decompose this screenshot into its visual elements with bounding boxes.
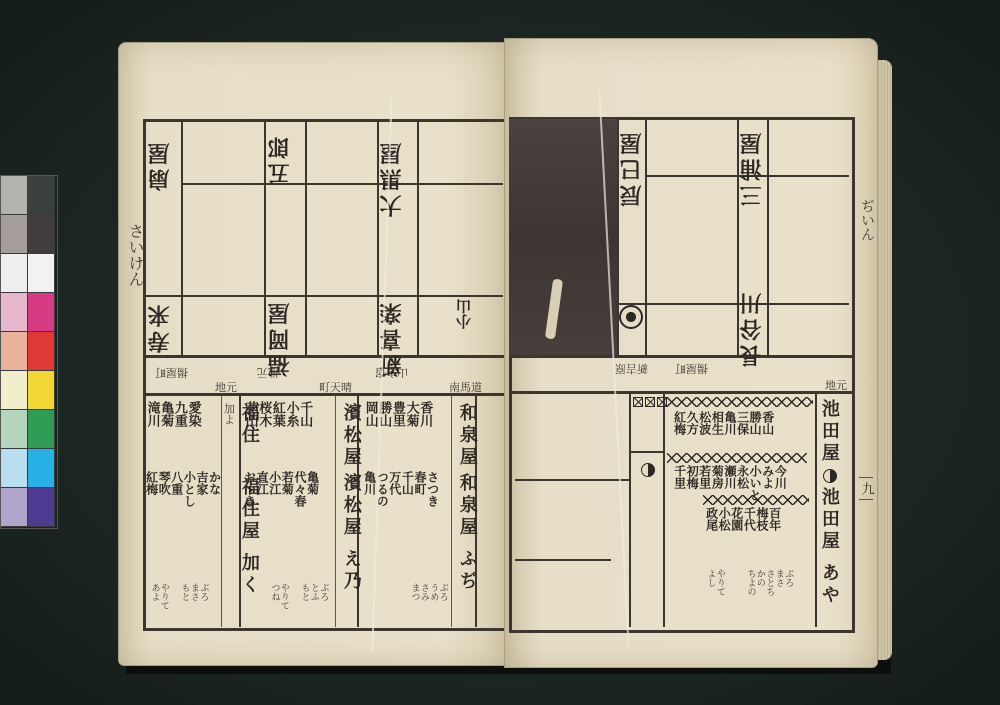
house-name-inverted: 寿来	[149, 301, 172, 353]
page-edges	[876, 60, 892, 660]
left-page: さいけん 扇屋 寿来 五郎 福岡屋 大黒屋 新喜楽 小山 揚屋町 地元 山之宿 …	[118, 42, 508, 666]
house-name-inverted: 五郎	[269, 133, 292, 185]
section-divider	[509, 355, 853, 358]
column-rule	[221, 395, 222, 627]
crest-prefix: 加よ	[223, 403, 235, 425]
house-name-inverted: 辰巳屋	[621, 129, 644, 207]
staff-note: ぶろ うめ さみ まつ	[409, 583, 447, 601]
column-rule	[663, 393, 665, 627]
color-swatch	[28, 332, 55, 371]
staff-note: ぶろ まさ もと	[179, 583, 207, 601]
mark-icon	[645, 397, 655, 407]
color-swatch	[1, 488, 28, 527]
print-frame	[143, 119, 509, 631]
staff-note: ぶろ とふ もと	[299, 583, 327, 601]
color-swatch	[28, 293, 55, 332]
staff-note: やりて つね	[269, 583, 288, 610]
street-label-inverted: 地元	[257, 365, 279, 381]
mark-icon	[633, 397, 643, 407]
house-name-inverted: 三浦屋	[741, 129, 764, 207]
section-divider	[509, 391, 853, 394]
house-name-inverted: 長谷川	[741, 289, 764, 367]
margin-note-right: ぢいん	[857, 199, 877, 241]
color-swatch	[1, 176, 28, 215]
right-page: 辰巳屋 三浦屋 長谷川 新吉原 揚屋町 地元 ぢいん 九 香山 勝山 三保 亀川…	[504, 38, 878, 668]
row-rule	[629, 451, 665, 453]
family-crest-icon	[619, 305, 643, 329]
geisha-names-row3: 百年 梅枝 千代 花園 小松 政尾	[705, 507, 781, 531]
staff-note: やりて よし	[705, 569, 724, 596]
geisha-names-row1: 香山 勝山 三保 亀川 相生 松波 久方 紅梅	[673, 411, 774, 435]
zigzag-border	[667, 453, 807, 463]
staff-note: やりて あよ	[149, 583, 168, 610]
color-swatch	[1, 332, 28, 371]
color-swatch	[1, 215, 28, 254]
color-swatch	[1, 410, 28, 449]
half-circle-icon	[823, 469, 837, 483]
geisha-names-top: 香川 大菊 豊里 勝山 岡山	[363, 401, 431, 427]
color-swatch	[28, 176, 55, 215]
house-name-inverted: 大黒屋	[381, 139, 404, 217]
color-swatch	[28, 410, 55, 449]
color-swatch	[28, 488, 55, 527]
geisha-names-bottom: かな 吉家 小とし 八重 琴吹 紅梅	[145, 471, 221, 507]
crest-name: 和泉屋	[457, 403, 476, 469]
column-rule	[417, 121, 419, 355]
column-rule	[629, 393, 631, 627]
house-name-inverted: 小山	[457, 299, 473, 329]
house-owner: 和泉屋 ふぢ	[457, 473, 476, 593]
row-rule	[515, 479, 629, 481]
street-label-inverted: 揚屋町	[675, 361, 708, 377]
column-rule	[335, 395, 336, 627]
color-swatch	[28, 371, 55, 410]
row-rule	[617, 303, 849, 305]
geisha-names-top: 千山 小糸 紅葉 桜木 花山	[243, 401, 311, 427]
zigzag-border	[667, 397, 813, 407]
column-rule	[767, 119, 769, 355]
geisha-names-row2: 今川 みよ 小いと 永松 瀬川 菊房 若里 初梅 千里	[673, 465, 786, 501]
house-owner: 濱松屋 え乃	[341, 473, 360, 593]
column-rule	[305, 121, 307, 355]
crest-name: 池田屋	[819, 399, 838, 465]
page-number: 九	[859, 477, 873, 500]
color-swatch	[1, 293, 28, 332]
row-rule	[143, 295, 503, 297]
house-name-inverted: 扇屋	[149, 139, 172, 191]
column-rule	[181, 121, 183, 355]
house-owner: 池田屋 あや	[819, 487, 838, 607]
street-label: 地元	[825, 377, 847, 393]
half-circle-icon	[641, 463, 655, 477]
color-swatch	[28, 254, 55, 293]
color-swatch	[28, 215, 55, 254]
geisha-names-top: 愛染 九重 亀菊 滝川	[145, 401, 200, 427]
staff-note: ぶろ まさ さとち かの ちよの	[745, 569, 792, 596]
section-divider	[143, 355, 507, 358]
row-rule	[515, 559, 611, 561]
column-rule	[264, 121, 266, 355]
street-label-inverted: 揚屋町	[155, 365, 188, 381]
open-book: さいけん 扇屋 寿来 五郎 福岡屋 大黒屋 新喜楽 小山 揚屋町 地元 山之宿 …	[118, 38, 893, 668]
crest-name: 濱松屋	[341, 403, 360, 469]
column-rule	[451, 395, 452, 627]
column-rule	[645, 119, 647, 355]
street-label: 地元	[215, 379, 237, 395]
street-label: 南馬道	[449, 379, 482, 395]
mark-icon	[657, 397, 667, 407]
geisha-names-bottom: 亀菊 代々春 若菊 小江 直江 おゝき	[243, 471, 319, 507]
street-label-inverted: 新吉原	[615, 361, 648, 377]
row-rule	[181, 183, 503, 185]
color-swatch	[28, 449, 55, 488]
color-swatch	[1, 449, 28, 488]
color-calibration-strip	[0, 175, 58, 529]
column-rule	[815, 393, 817, 627]
color-swatch	[1, 254, 28, 293]
geisha-names-bottom: さつき 春町 千山 万代 つるの 亀川	[363, 471, 439, 507]
color-swatch	[1, 371, 28, 410]
street-label: 町天晴	[319, 379, 352, 395]
